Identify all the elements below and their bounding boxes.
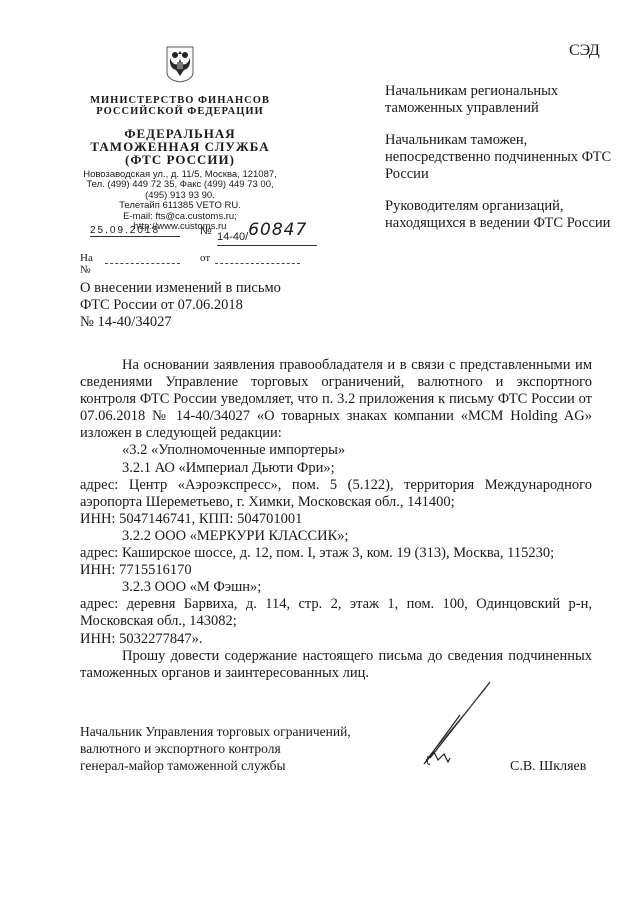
importer-3-address: адрес: деревня Барвиха, д. 114, стр. 2, …: [80, 596, 592, 630]
position-line-2: валютного и экспортного контроля: [80, 740, 410, 757]
ministry-name: МИНИСТЕРСТВО ФИНАНСОВ РОССИЙСКОЙ ФЕДЕРАЦ…: [80, 95, 280, 117]
service-name: ФЕДЕРАЛЬНАЯ ТАМОЖЕННАЯ СЛУЖБА (ФТС РОССИ…: [80, 127, 280, 166]
position-line-1: Начальник Управления торговых ограничени…: [80, 723, 410, 740]
handwritten-signature-icon: [400, 680, 510, 780]
signatory-position: Начальник Управления торговых ограничени…: [80, 723, 410, 774]
service-line-3: (ФТС РОССИИ): [80, 153, 280, 166]
importer-3-ids: ИНН: 5032277847».: [80, 631, 592, 648]
importer-2-title: 3.2.2 ООО «МЕРКУРИ КЛАССИК»;: [80, 528, 592, 545]
registration-number: 14-40/60847: [217, 225, 317, 246]
subject-line-2: ФТС России от 07.06.2018: [80, 297, 340, 314]
importer-2-address: адрес: Каширское шоссе, д. 12, пом. I, э…: [80, 545, 592, 562]
recipient-1: Начальникам региональных таможенных упра…: [385, 83, 625, 117]
section-title: «3.2 «Уполномоченные импортеры»: [80, 442, 592, 459]
ministry-line-1: МИНИСТЕРСТВО ФИНАНСОВ: [80, 95, 280, 106]
corner-mark: СЭД: [569, 42, 600, 60]
letter-body: На основании заявления правообладателя и…: [80, 357, 592, 682]
registration-number-prefix: 14-40/: [217, 231, 248, 243]
intro-paragraph: На основании заявления правообладателя и…: [80, 357, 592, 442]
recipients-block: Начальникам региональных таможенных упра…: [385, 83, 625, 247]
registration-date: 25.09.2018: [90, 225, 180, 237]
importer-1-ids: ИНН: 5047146741, КПП: 504701001: [80, 511, 592, 528]
subject-block: О внесении изменений в письмо ФТС России…: [80, 280, 340, 331]
subject-line-1: О внесении изменений в письмо: [80, 280, 340, 297]
recipient-2: Начальникам таможен, непосредственно под…: [385, 132, 625, 183]
importer-1-title: 3.2.1 АО «Империал Дьюти Фри»;: [80, 460, 592, 477]
registration-number-handwritten: 60847: [248, 220, 307, 240]
recipient-3: Руководителям организаций, находящихся в…: [385, 198, 625, 232]
reference-number-label: На №: [80, 252, 93, 276]
signatory-name: С.В. Шкляев: [510, 759, 586, 775]
importer-2-ids: ИНН: 7715516170: [80, 562, 592, 579]
reference-number-blank: [105, 263, 180, 264]
position-line-3: генерал-майор таможенной службы: [80, 757, 410, 774]
coat-of-arms-icon: [164, 44, 196, 84]
closing-paragraph: Прошу довести содержание настоящего пись…: [80, 648, 592, 682]
registration-number-label: №: [200, 225, 212, 237]
reference-date-blank: [215, 263, 300, 264]
ministry-line-2: РОССИЙСКОЙ ФЕДЕРАЦИИ: [80, 106, 280, 117]
reference-date-label: от: [200, 252, 210, 264]
importer-1-address: адрес: Центр «Аэроэкспресс», пом. 5 (5.1…: [80, 477, 592, 511]
subject-line-3: № 14-40/34027: [80, 314, 340, 331]
importer-3-title: 3.2.3 ООО «М Фэшн»;: [80, 579, 592, 596]
